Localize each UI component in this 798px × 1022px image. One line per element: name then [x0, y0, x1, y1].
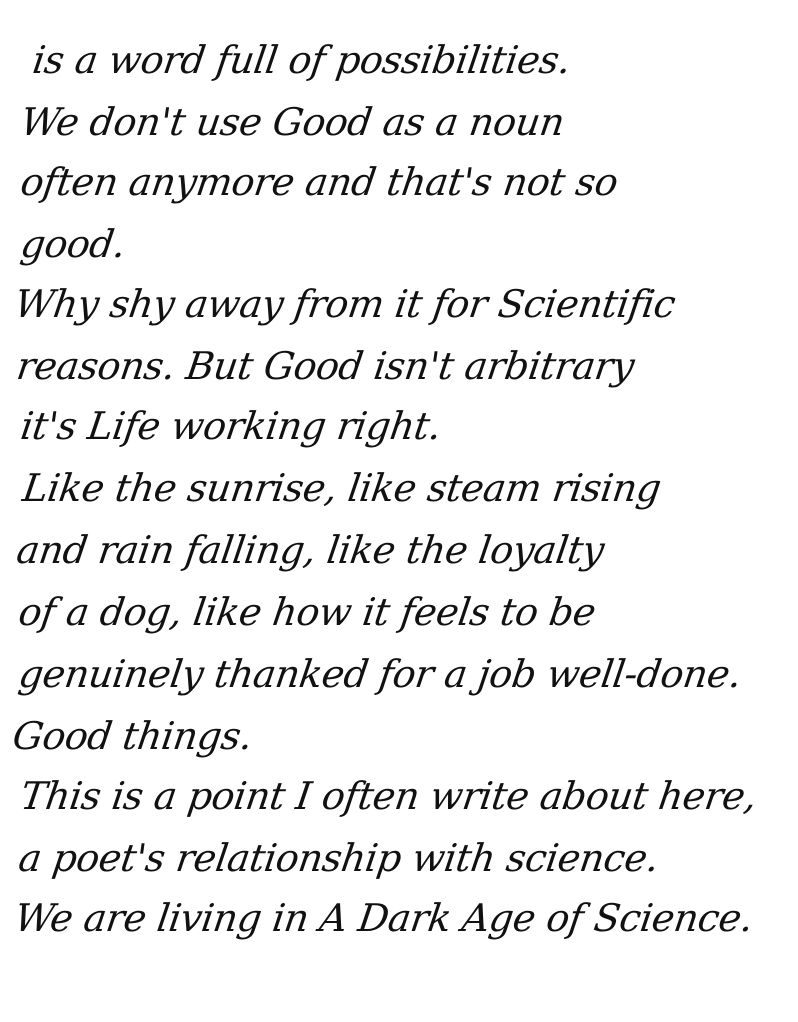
handwritten-line: We are living in A Dark Age of Science.: [12, 896, 756, 940]
handwritten-line: Good things.: [10, 714, 255, 758]
handwritten-line: often anymore and that's not so: [18, 160, 620, 204]
handwritten-line: genuinely thanked for a job well-done.: [16, 652, 744, 696]
handwritten-line: reasons. But Good isn't arbitrary: [14, 344, 637, 388]
handwritten-line: We don't use Good as a noun: [18, 100, 567, 144]
handwritten-line: This is a point I often write about here…: [18, 774, 759, 818]
handwritten-line: of a dog, like how it feels to be: [16, 590, 598, 634]
handwritten-line: it's Life working right.: [18, 404, 444, 448]
handwritten-line: Why shy away from it for Scientific: [12, 282, 678, 326]
handwritten-line: a poet's relationship with science.: [16, 836, 661, 880]
handwritten-line: good.: [18, 222, 128, 266]
handwritten-line: and rain falling, like the loyalty: [14, 528, 607, 572]
handwritten-line: is a word full of possibilities.: [30, 38, 573, 82]
handwritten-line: Like the sunrise, like steam rising: [20, 466, 664, 510]
handwritten-page: is a word full of possibilities. We don'…: [0, 0, 798, 1022]
